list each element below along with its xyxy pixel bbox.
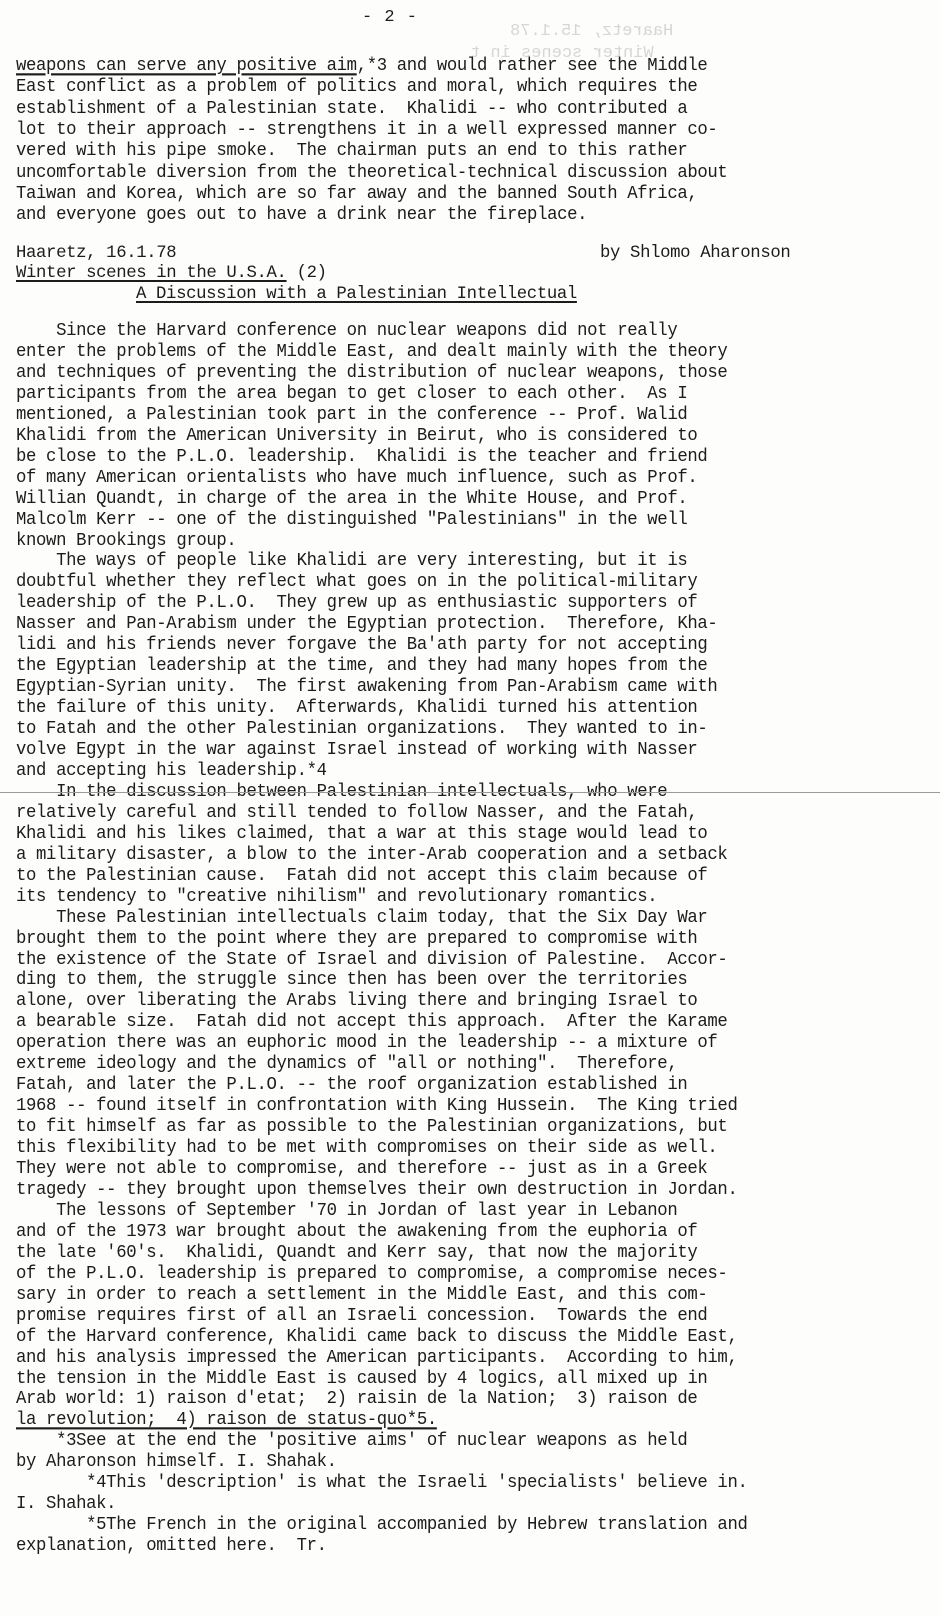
footnote-line: *5The French in the original accompanied…: [16, 1515, 748, 1537]
text-line: Fatah, and later the P.L.O. -- the roof …: [16, 1075, 687, 1097]
article-title: A Discussion with a Palestinian Intellec…: [136, 285, 577, 304]
text-line: doubtful whether they reflect what goes …: [16, 572, 697, 594]
text-line: this flexibility had to be met with comp…: [16, 1138, 717, 1160]
text-line: These Palestinian intellectuals claim to…: [16, 908, 707, 930]
text-line: and techniques of preventing the distrib…: [16, 363, 727, 385]
text-line: The lessons of September '70 in Jordan o…: [16, 1201, 677, 1223]
text-line: alone, over liberating the Arabs living …: [16, 991, 697, 1013]
underlined-text: la revolution; 4) raison de status-quo*5…: [16, 1410, 437, 1431]
text-line: Nasser and Pan-Arabism under the Egyptia…: [16, 614, 717, 636]
footnote-line: *3See at the end the 'positive aims' of …: [16, 1431, 687, 1453]
article-dateline: Haaretz, 16.1.78: [16, 244, 176, 263]
text-line: uncomfortable diversion from the theoret…: [16, 163, 727, 185]
text-line: Arab world: 1) raison d'etat; 2) raisin …: [16, 1389, 697, 1411]
text-line: lot to their approach -- strengthens it …: [16, 120, 717, 142]
text-line: and everyone goes out to have a drink ne…: [16, 205, 587, 227]
text-line: establishment of a Palestinian state. Kh…: [16, 99, 687, 121]
series-title: Winter scenes in the U.S.A. (2): [16, 264, 327, 283]
text-line: participants from the area began to get …: [16, 384, 687, 406]
text-line: relatively careful and still tended to f…: [16, 803, 697, 825]
text-line: to the Palestinian cause. Fatah did not …: [16, 866, 707, 888]
footnote-line: explanation, omitted here. Tr.: [16, 1536, 327, 1558]
text-line: and accepting his leadership.*4: [16, 761, 327, 783]
text-line: the Egyptian leadership at the time, and…: [16, 656, 707, 678]
underlined-text: weapons can serve any positive aim: [16, 56, 357, 77]
text-line: promise requires first of all an Israeli…: [16, 1306, 707, 1328]
text-line: known Brookings group.: [16, 531, 236, 553]
document-page: Haaretz, 15.1.78 Winter scenes in t - 2 …: [0, 0, 940, 1616]
series-title-text: Winter scenes in the U.S.A.: [16, 264, 287, 283]
text-line: tragedy -- they brought upon themselves …: [16, 1180, 737, 1202]
footnote-line: *4This 'description' is what the Israeli…: [16, 1473, 748, 1495]
text-line: Malcolm Kerr -- one of the distinguished…: [16, 510, 687, 532]
text-line: East conflict as a problem of politics a…: [16, 77, 697, 99]
series-number: (2): [287, 264, 327, 283]
text-line: to fit himself as far as possible to the…: [16, 1117, 727, 1139]
text-line: The ways of people like Khalidi are very…: [16, 551, 687, 573]
text-line: of many American orientalists who have m…: [16, 468, 697, 490]
text-line: Taiwan and Korea, which are so far away …: [16, 184, 697, 206]
footnote-line: by Aharonson himself. I. Shahak.: [16, 1452, 337, 1474]
text-line: the late '60's. Khalidi, Quandt and Kerr…: [16, 1243, 697, 1265]
text-line: leadership of the P.L.O. They grew up as…: [16, 593, 697, 615]
text-line: volve Egypt in the war against Israel in…: [16, 740, 697, 762]
text-line: extreme ideology and the dynamics of "al…: [16, 1054, 677, 1076]
text-line: la revolution; 4) raison de status-quo*5…: [16, 1410, 437, 1432]
text-line: of the P.L.O. leadership is prepared to …: [16, 1264, 727, 1286]
text-line: Since the Harvard conference on nuclear …: [16, 321, 677, 343]
text-line: ding to them, the struggle since then ha…: [16, 970, 687, 992]
text-line: operation there was an euphoric mood in …: [16, 1033, 717, 1055]
margin-rule: [0, 792, 940, 793]
text-line: Egyptian-Syrian unity. The first awakeni…: [16, 677, 717, 699]
text-line: Khalidi from the American University in …: [16, 426, 697, 448]
text-line: its tendency to "creative nihilism" and …: [16, 887, 657, 909]
text-line: to Fatah and the other Palestinian organ…: [16, 719, 707, 741]
text-line: and of the 1973 war brought about the aw…: [16, 1222, 697, 1244]
text-line: weapons can serve any positive aim,*3 an…: [16, 56, 707, 78]
text-line: enter the problems of the Middle East, a…: [16, 342, 727, 364]
text-line: vered with his pipe smoke. The chairman …: [16, 141, 687, 163]
text-line: mentioned, a Palestinian took part in th…: [16, 405, 687, 427]
text-line: 1968 -- found itself in confrontation wi…: [16, 1096, 737, 1118]
text-line: the existence of the State of Israel and…: [16, 950, 727, 972]
text-line: and his analysis impressed the American …: [16, 1348, 737, 1370]
text-line: lidi and his friends never forgave the B…: [16, 635, 707, 657]
footnote-line: I. Shahak.: [16, 1494, 116, 1516]
text-line: the failure of this unity. Afterwards, K…: [16, 698, 697, 720]
text-line: Willian Quandt, in charge of the area in…: [16, 489, 687, 511]
text-line: the tension in the Middle East is caused…: [16, 1369, 707, 1391]
text-line: brought them to the point where they are…: [16, 929, 697, 951]
text-line: be close to the P.L.O. leadership. Khali…: [16, 447, 707, 469]
article-byline: by Shlomo Aharonson: [600, 244, 790, 263]
text-line: Khalidi and his likes claimed, that a wa…: [16, 824, 707, 846]
text-line: a bearable size. Fatah did not accept th…: [16, 1012, 727, 1034]
text-line: of the Harvard conference, Khalidi came …: [16, 1327, 737, 1349]
text-line: a military disaster, a blow to the inter…: [16, 845, 727, 867]
text-line: They were not able to compromise, and th…: [16, 1159, 707, 1181]
page-number: - 2 -: [0, 8, 780, 27]
text-line: sary in order to reach a settlement in t…: [16, 1285, 707, 1307]
